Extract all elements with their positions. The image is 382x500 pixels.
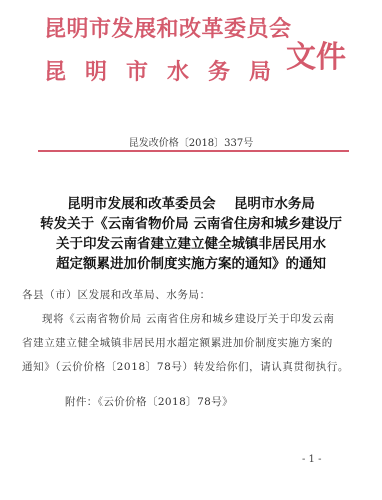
salutation: 各县（市）区发展和改革局、水务局： <box>22 287 211 302</box>
issuer-header-line2: 昆明市水务局 <box>44 55 290 86</box>
issuer-header-line1: 昆明市发展和改革委员会 <box>44 12 292 43</box>
document-type-label: 文件 <box>286 32 346 76</box>
body-paragraph-line2: 省建立建立健全城镇非居民用水超定额累进加价制度实施方案的 <box>22 335 333 350</box>
body-paragraph-line1: 现将《云南省物价局 云南省住房和城乡建设厅关于印发云南 <box>42 311 335 326</box>
red-divider-line <box>38 150 349 152</box>
document-title-line2: 转发关于《云南省物价局 云南省住房和城乡建设厅 <box>0 212 382 232</box>
body-paragraph-line3: 通知》（云价价格〔2018〕78号）转发给你们，请认真贯彻执行。 <box>22 359 349 374</box>
document-title-line4: 超定额累进加价制度实施方案的通知》的通知 <box>0 252 382 272</box>
attachment-line: 附件：《云价价格〔2018〕78号》 <box>65 394 233 409</box>
document-title-line3: 关于印发云南省建立建立健全城镇非居民用水 <box>0 232 382 252</box>
document-title-line1: 昆明市发展和改革委员会 昆明市水务局 <box>0 192 382 212</box>
page-number: - 1 - <box>302 454 321 465</box>
document-number: 昆发改价格〔2018〕337号 <box>0 134 382 149</box>
